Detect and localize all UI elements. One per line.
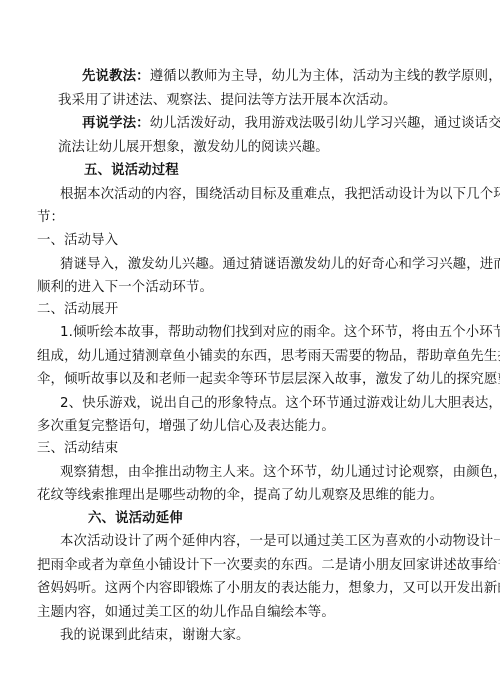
text-line: 先说教法：遵循以教师为主导，幼儿为主体，活动为主线的教学原则，	[82, 68, 500, 86]
line-text: 节：	[37, 210, 64, 225]
text-line: 观察猜想，由伞推出动物主人来。这个环节，幼儿通过讨论观察，由颜色，	[60, 464, 500, 482]
text-line: 多次重复完整语句，增强了幼儿信心及表达能力。	[37, 418, 335, 436]
line-text: 主题内容，如通过美工区的幼儿作品自编绘本等。	[37, 605, 335, 620]
line-text: 1.倾听绘本故事，帮助动物们找到对应的雨伞。这个环节，将由五个小环节	[60, 325, 500, 340]
line-text: 伞，倾听故事以及和老师一起卖伞等环节层层深入故事，激发了幼儿的探究愿望。	[37, 372, 500, 387]
text-line: 猜谜导入，激发幼儿兴趣。通过猜谜语激发幼儿的好奇心和学习兴趣，进而	[60, 256, 500, 274]
line-text: 三、活动结束	[37, 441, 118, 456]
text-line: 节：	[37, 209, 64, 227]
line-text: 顺利的进入下一个活动环节。	[37, 280, 213, 295]
text-line: 本次活动设计了两个延伸内容，一是可以通过美工区为喜欢的小动物设计一	[60, 533, 500, 551]
line-text: 我采用了讲述法、观察法、提问法等方法开展本次活动。	[58, 93, 397, 108]
text-line: 我的说课到此结束，谢谢大家。	[60, 627, 250, 645]
line-text: 遵循以教师为主导，幼儿为主体，活动为主线的教学原则，	[150, 69, 500, 84]
text-line: 主题内容，如通过美工区的幼儿作品自编绘本等。	[37, 604, 335, 622]
line-text: 幼儿活泼好动，我用游戏法吸引幼儿学习兴趣，通过谈话交	[150, 116, 500, 131]
text-line: 顺利的进入下一个活动环节。	[37, 279, 213, 297]
text-line: 根据本次活动的内容，围绕活动目标及重难点，我把活动设计为以下几个环	[60, 186, 500, 204]
line-text: 花纹等线索推理出是哪些动物的伞，提高了幼儿观察及思维的能力。	[37, 488, 443, 503]
text-line: 三、活动结束	[37, 440, 118, 458]
text-line: 再说学法：幼儿活泼好动，我用游戏法吸引幼儿学习兴趣，通过谈话交	[82, 115, 500, 133]
text-line: 一、活动导入	[37, 232, 118, 250]
text-line: 2、快乐游戏，说出自己的形象特点。这个环节通过游戏让幼儿大胆表达，	[60, 395, 500, 413]
text-line: 二、活动展开	[37, 301, 118, 319]
line-text: 流法让幼儿展开想象，激发幼儿的阅读兴趣。	[58, 140, 329, 155]
bold-heading: 再说学法：	[82, 116, 150, 131]
text-line: 我采用了讲述法、观察法、提问法等方法开展本次活动。	[58, 92, 397, 110]
line-text: 2、快乐游戏，说出自己的形象特点。这个环节通过游戏让幼儿大胆表达，	[60, 396, 500, 411]
bold-heading: 六、说活动延伸	[88, 511, 183, 526]
text-line: 五、说活动过程	[84, 162, 179, 180]
text-line: 1.倾听绘本故事，帮助动物们找到对应的雨伞。这个环节，将由五个小环节	[60, 324, 500, 342]
text-line: 组成，幼儿通过猜测章鱼小铺卖的东西，思考雨天需要的物品，帮助章鱼先生找	[37, 348, 500, 366]
line-text: 组成，幼儿通过猜测章鱼小铺卖的东西，思考雨天需要的物品，帮助章鱼先生找	[37, 349, 500, 364]
line-text: 把雨伞或者为章鱼小铺设计下一次要卖的东西。二是请小朋友回家讲述故事给爸	[37, 558, 500, 573]
bold-heading: 五、说活动过程	[84, 163, 179, 178]
line-text: 多次重复完整语句，增强了幼儿信心及表达能力。	[37, 419, 335, 434]
line-text: 猜谜导入，激发幼儿兴趣。通过猜谜语激发幼儿的好奇心和学习兴趣，进而	[60, 257, 500, 272]
bold-heading: 先说教法：	[82, 69, 150, 84]
text-line: 流法让幼儿展开想象，激发幼儿的阅读兴趣。	[58, 139, 329, 157]
text-line: 爸妈妈听。这两个内容即锻炼了小朋友的表达能力，想象力，又可以开发出新的	[37, 580, 500, 598]
text-line: 六、说活动延伸	[88, 510, 183, 528]
line-text: 根据本次活动的内容，围绕活动目标及重难点，我把活动设计为以下几个环	[60, 187, 500, 202]
line-text: 爸妈妈听。这两个内容即锻炼了小朋友的表达能力，想象力，又可以开发出新的	[37, 581, 500, 596]
line-text: 我的说课到此结束，谢谢大家。	[60, 628, 250, 643]
line-text: 观察猜想，由伞推出动物主人来。这个环节，幼儿通过讨论观察，由颜色，	[60, 465, 500, 480]
line-text: 二、活动展开	[37, 302, 118, 317]
line-text: 一、活动导入	[37, 233, 118, 248]
text-line: 把雨伞或者为章鱼小铺设计下一次要卖的东西。二是请小朋友回家讲述故事给爸	[37, 557, 500, 575]
text-line: 花纹等线索推理出是哪些动物的伞，提高了幼儿观察及思维的能力。	[37, 487, 443, 505]
line-text: 本次活动设计了两个延伸内容，一是可以通过美工区为喜欢的小动物设计一	[60, 534, 500, 549]
text-line: 伞，倾听故事以及和老师一起卖伞等环节层层深入故事，激发了幼儿的探究愿望。	[37, 371, 500, 389]
